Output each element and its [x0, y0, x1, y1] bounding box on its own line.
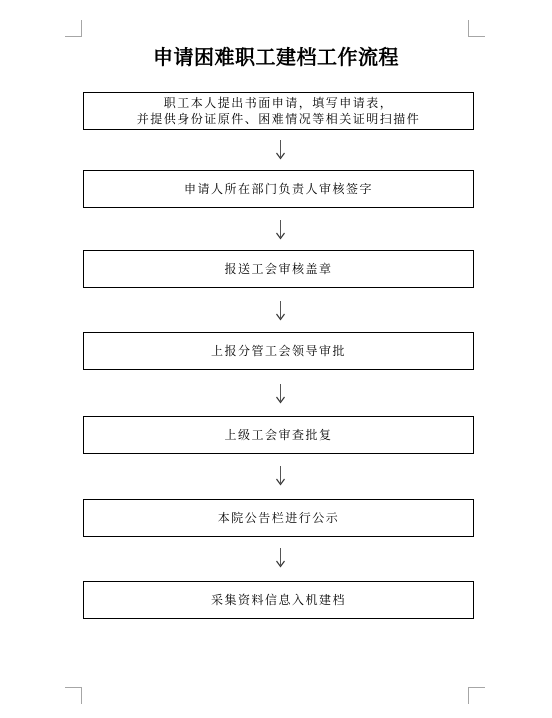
down-arrow-icon [274, 301, 287, 321]
flow-step-1-line-1: 职工本人提出书面申请，填写申请表， [164, 95, 394, 111]
flow-step-6-label: 本院公告栏进行公示 [218, 510, 340, 526]
flow-step-7: 采集资料信息入机建档 [83, 581, 474, 619]
flow-step-2-label: 申请人所在部门负责人审核签字 [184, 181, 373, 197]
margin-corner-top-left [65, 20, 82, 37]
margin-corner-bottom-right [468, 687, 485, 704]
flow-step-2: 申请人所在部门负责人审核签字 [83, 170, 474, 208]
flow-step-4: 上报分管工会领导审批 [83, 332, 474, 370]
document-page: 申请困难职工建档工作流程 职工本人提出书面申请，填写申请表， 并提供身份证原件、… [0, 0, 552, 718]
flow-step-3: 报送工会审核盖章 [83, 250, 474, 288]
down-arrow-icon [274, 220, 287, 240]
flow-step-5: 上级工会审查批复 [83, 416, 474, 454]
flow-step-4-label: 上报分管工会领导审批 [211, 343, 346, 359]
margin-corner-top-right [468, 20, 485, 37]
flow-step-1: 职工本人提出书面申请，填写申请表， 并提供身份证原件、困难情况等相关证明扫描件 [83, 92, 474, 130]
document-title: 申请困难职工建档工作流程 [0, 44, 552, 70]
down-arrow-icon [274, 548, 287, 568]
down-arrow-icon [274, 384, 287, 404]
down-arrow-icon [274, 466, 287, 486]
flow-step-1-line-2: 并提供身份证原件、困难情况等相关证明扫描件 [137, 111, 421, 127]
flow-step-5-label: 上级工会审查批复 [224, 427, 332, 443]
flow-step-3-label: 报送工会审核盖章 [224, 261, 332, 277]
flow-step-7-label: 采集资料信息入机建档 [211, 592, 346, 608]
flow-step-6: 本院公告栏进行公示 [83, 499, 474, 537]
down-arrow-icon [274, 140, 287, 160]
margin-corner-bottom-left [65, 687, 82, 704]
